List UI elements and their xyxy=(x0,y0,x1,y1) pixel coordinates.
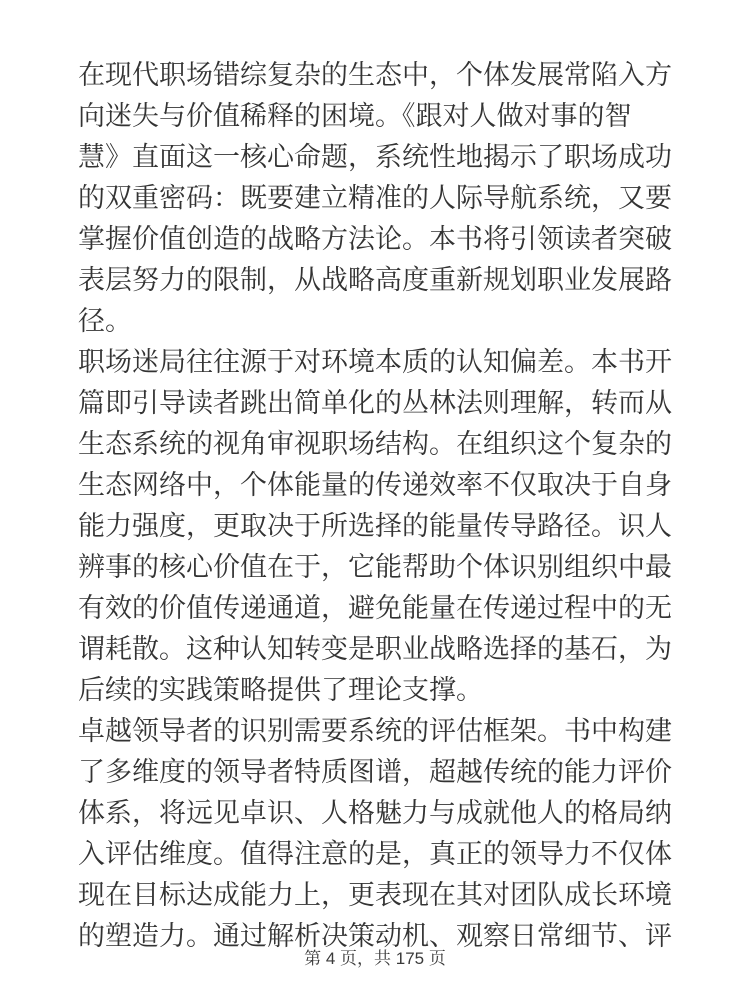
text-line: 有效的价值传递通道，避免能量在传递过程中的无 xyxy=(78,588,678,629)
text-line: 了多维度的领导者特质图谱，超越传统的能力评价 xyxy=(78,752,678,793)
paragraph: 在现代职场错综复杂的生态中，个体发展常陷入方向迷失与价值稀释的困境。《跟对人做对… xyxy=(78,55,678,342)
document-body: 在现代职场错综复杂的生态中，个体发展常陷入方向迷失与价值稀释的困境。《跟对人做对… xyxy=(78,55,678,957)
text-line: 径。 xyxy=(78,301,678,342)
text-line: 表层努力的限制，从战略高度重新规划职业发展路 xyxy=(78,260,678,301)
document-page: 在现代职场错综复杂的生态中，个体发展常陷入方向迷失与价值稀释的困境。《跟对人做对… xyxy=(0,0,750,1000)
text-line: 能力强度，更取决于所选择的能量传导路径。识人 xyxy=(78,506,678,547)
text-line: 卓越领导者的识别需要系统的评估框架。书中构建 xyxy=(78,711,678,752)
paragraph: 卓越领导者的识别需要系统的评估框架。书中构建了多维度的领导者特质图谱，超越传统的… xyxy=(78,711,678,957)
text-line: 入评估维度。值得注意的是，真正的领导力不仅体 xyxy=(78,834,678,875)
page-number-footer: 第 4 页，共 175 页 xyxy=(0,947,750,971)
text-line: 体系，将远见卓识、人格魅力与成就他人的格局纳 xyxy=(78,793,678,834)
text-line: 慧》直面这一核心命题，系统性地揭示了职场成功 xyxy=(78,137,678,178)
text-line: 职场迷局往往源于对环境本质的认知偏差。本书开 xyxy=(78,342,678,383)
text-line: 的双重密码：既要建立精准的人际导航系统，又要 xyxy=(78,178,678,219)
text-line: 生态网络中，个体能量的传递效率不仅取决于自身 xyxy=(78,465,678,506)
text-line: 生态系统的视角审视职场结构。在组织这个复杂的 xyxy=(78,424,678,465)
text-line: 谓耗散。这种认知转变是职业战略选择的基石，为 xyxy=(78,629,678,670)
text-line: 掌握价值创造的战略方法论。本书将引领读者突破 xyxy=(78,219,678,260)
text-line: 在现代职场错综复杂的生态中，个体发展常陷入方 xyxy=(78,55,678,96)
text-line: 现在目标达成能力上，更表现在其对团队成长环境 xyxy=(78,875,678,916)
text-line: 后续的实践策略提供了理论支撑。 xyxy=(78,670,678,711)
text-line: 辨事的核心价值在于，它能帮助个体识别组织中最 xyxy=(78,547,678,588)
text-line: 向迷失与价值稀释的困境。《跟对人做对事的智 xyxy=(78,96,678,137)
text-line: 篇即引导读者跳出简单化的丛林法则理解，转而从 xyxy=(78,383,678,424)
paragraph: 职场迷局往往源于对环境本质的认知偏差。本书开篇即引导读者跳出简单化的丛林法则理解… xyxy=(78,342,678,711)
